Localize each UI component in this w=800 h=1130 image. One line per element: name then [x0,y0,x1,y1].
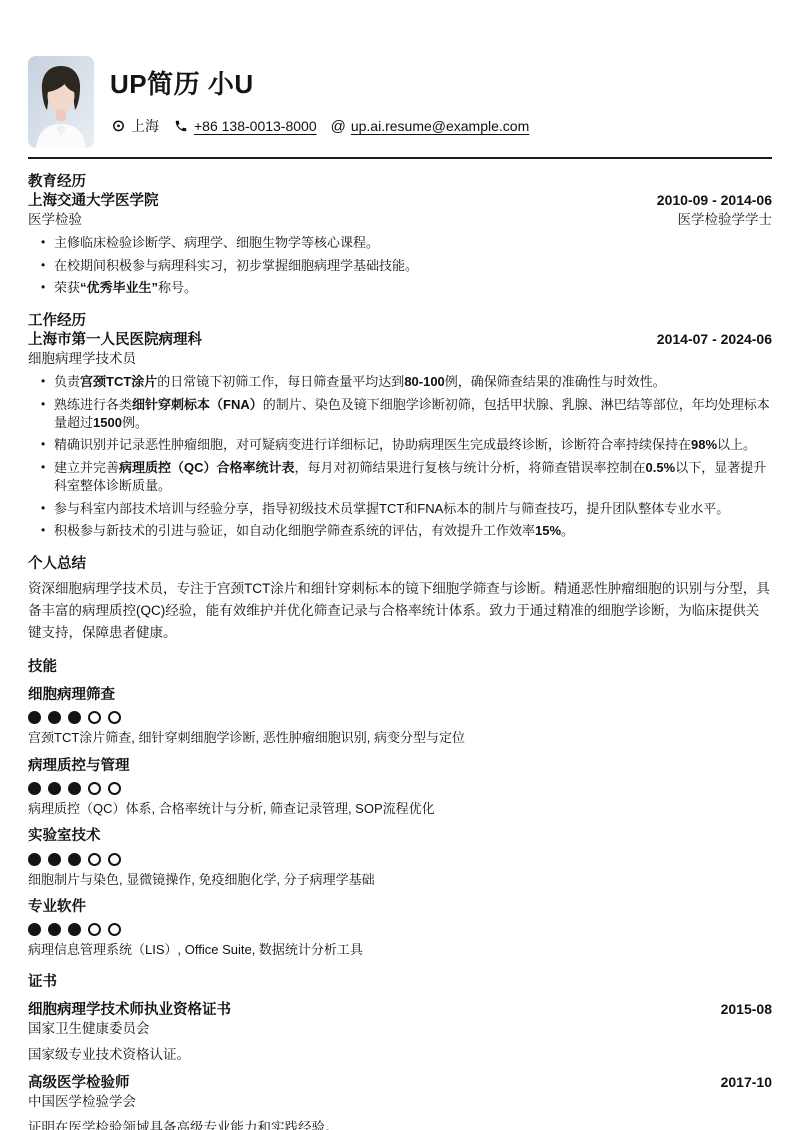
bullet-text: 负责宫颈TCT涂片的日常镜下初筛工作，每日筛查量平均达到80-100例，确保筛查… [54,373,772,391]
text-segment: 以上。 [717,437,756,452]
skill-level-dots [28,923,772,936]
skill-name: 专业软件 [28,898,772,916]
experience-entry: 上海交通大学医学院2010-09 - 2014-06医学检验医学检验学学士•主修… [28,192,772,297]
bullet-text: 积极参与新技术的引进与验证，如自动化细胞学筛查系统的评估，有效提升工作效率15%… [54,522,772,540]
text-segment: 积极参与新技术的引进与验证，如自动化细胞学筛查系统的评估，有效提升工作效率 [54,523,535,538]
contact-row: 上海 +86 138-0013-8000 @ up.ai.resume@exam… [110,116,543,136]
profile-photo [28,56,94,148]
bullet-item: •熟练进行各类细针穿刺标本（FNA）的制片、染色及镜下细胞学诊断初筛，包括甲状腺… [28,396,772,433]
level-dot-filled-icon [48,711,61,724]
emphasis-text: 15% [535,523,561,538]
certificate-name: 高级医学检验师 [28,1075,130,1093]
bullet-marker: • [41,279,54,297]
level-dot-empty-icon [108,923,121,936]
text-segment: 建立并完善 [54,460,119,475]
emphasis-text: 0.5% [646,460,676,475]
text-segment: 主修临床检验诊断学、病理学、细胞生物学等核心课程。 [54,235,379,250]
section-title-education: 教育经历 [28,174,772,191]
level-dot-empty-icon [88,711,101,724]
date-range: 2010-09 - 2014-06 [657,192,772,209]
level-dot-filled-icon [48,923,61,936]
email-item: @ up.ai.resume@example.com [331,118,530,135]
certificate-date: 2015-08 [721,1001,772,1018]
bullet-marker: • [41,396,54,433]
section-skills: 技能 细胞病理筛查宫颈TCT涂片筛查, 细针穿刺细胞学诊断, 恶性肿瘤细胞识别,… [28,659,772,959]
location-text: 上海 [131,116,159,136]
level-dot-filled-icon [68,923,81,936]
level-dot-filled-icon [28,711,41,724]
resume-page: UP简历 小U 上海 +86 138-0 [0,0,800,1130]
bullet-item: •参与科室内部技术培训与经验分享，指导初级技术员掌握TCT和FNA标本的制片与筛… [28,500,772,518]
level-dot-filled-icon [68,782,81,795]
bullet-item: •建立并完善病理质控（QC）合格率统计表，每月对初筛结果进行复核与统计分析，将筛… [28,459,772,496]
date-range: 2014-07 - 2024-06 [657,331,772,348]
skill-level-dots [28,782,772,795]
resume-header: UP简历 小U 上海 +86 138-0 [28,56,772,148]
text-segment: 。 [561,523,574,538]
certificate-issuer: 中国医学检验学会 [28,1093,772,1111]
organization-name: 上海市第一人民医院病理科 [28,332,202,350]
skill-item: 病理质控与管理病理质控（QC）体系, 合格率统计与分析, 筛查记录管理, SOP… [28,757,772,818]
level-dot-empty-icon [88,782,101,795]
bullet-marker: • [41,500,54,518]
bullet-marker: • [41,459,54,496]
header-divider [28,157,772,159]
section-title-work: 工作经历 [28,313,772,330]
certificate-heading-row: 高级医学检验师2017-10 [28,1074,772,1093]
skill-description: 细胞制片与染色, 显微镜操作, 免疫细胞化学, 分子病理学基础 [28,871,772,889]
organization-name: 上海交通大学医学院 [28,193,159,211]
emphasis-text: 细针穿刺标本（FNA） [132,397,263,412]
certificate-item: 细胞病理学技术师执业资格证书2015-08国家卫生健康委员会国家级专业技术资格认… [28,1001,772,1064]
header-text-block: UP简历 小U 上海 +86 138-0 [110,56,543,136]
text-segment: 例，确保筛查结果的准确性与时效性。 [445,374,666,389]
text-segment: 参与科室内部技术培训与经验分享，指导初级技术员掌握TCT和FNA标本的制片与筛查… [54,501,729,516]
emphasis-text: 病理质控（QC）合格率统计表 [119,460,295,475]
degree-name: 医学检验学学士 [678,211,773,228]
bullet-item: •荣获“优秀毕业生”称号。 [28,279,772,297]
skill-item: 专业软件病理信息管理系统（LIS）, Office Suite, 数据统计分析工… [28,898,772,959]
bullet-list: •主修临床检验诊断学、病理学、细胞生物学等核心课程。•在校期间积极参与病理科实习… [28,234,772,297]
level-dot-filled-icon [48,853,61,866]
text-segment: 在校期间积极参与病理科实习，初步掌握细胞病理学基础技能。 [54,258,418,273]
bullet-marker: • [41,436,54,454]
skills-items: 细胞病理筛查宫颈TCT涂片筛查, 细针穿刺细胞学诊断, 恶性肿瘤细胞识别, 病变… [28,686,772,959]
text-segment: 荣获 [54,280,80,295]
phone-link[interactable]: +86 138-0013-8000 [194,118,317,134]
certificate-name: 细胞病理学技术师执业资格证书 [28,1002,231,1020]
emphasis-text: 98% [691,437,717,452]
map-pin-icon [110,118,126,134]
phone-icon [173,118,189,134]
emphasis-text: 宫颈TCT涂片 [80,374,157,389]
bullet-text: 荣获“优秀毕业生”称号。 [54,279,772,297]
level-dot-filled-icon [68,711,81,724]
bullet-text: 在校期间积极参与病理科实习，初步掌握细胞病理学基础技能。 [54,257,772,275]
entry-sub-row: 医学检验医学检验学学士 [28,211,772,228]
text-segment: 精确识别并记录恶性肿瘤细胞，对可疑病变进行详细标记，协助病理医生完成最终诊断，诊… [54,437,691,452]
certificate-item: 高级医学检验师2017-10中国医学检验学会证明在医学检验领域具备高级专业能力和… [28,1074,772,1130]
bullet-list: •负责宫颈TCT涂片的日常镜下初筛工作，每日筛查量平均达到80-100例，确保筛… [28,373,772,541]
bullet-marker: • [41,234,54,252]
certificate-description: 证明在医学检验领域具备高级专业能力和实践经验。 [28,1119,772,1130]
skill-level-dots [28,853,772,866]
level-dot-empty-icon [108,853,121,866]
certificate-heading-row: 细胞病理学技术师执业资格证书2015-08 [28,1001,772,1020]
email-link[interactable]: up.ai.resume@example.com [351,118,529,134]
bullet-text: 参与科室内部技术培训与经验分享，指导初级技术员掌握TCT和FNA标本的制片与筛查… [54,500,772,518]
experience-entry: 上海市第一人民医院病理科2014-07 - 2024-06细胞病理学技术员•负责… [28,331,772,541]
work-entries: 上海市第一人民医院病理科2014-07 - 2024-06细胞病理学技术员•负责… [28,331,772,541]
bullet-marker: • [41,373,54,391]
summary-text: 资深细胞病理学技术员，专注于宫颈TCT涂片和细针穿刺标本的镜下细胞学筛查与诊断。… [28,578,772,644]
education-entries: 上海交通大学医学院2010-09 - 2014-06医学检验医学检验学学士•主修… [28,192,772,297]
bullet-item: •主修临床检验诊断学、病理学、细胞生物学等核心课程。 [28,234,772,252]
entry-sub-row: 细胞病理学技术员 [28,350,772,367]
section-title-skills: 技能 [28,659,772,676]
section-title-certs: 证书 [28,974,772,991]
skill-name: 病理质控与管理 [28,757,772,775]
skill-description: 病理质控（QC）体系, 合格率统计与分析, 筛查记录管理, SOP流程优化 [28,800,772,818]
text-segment: 称号。 [158,280,197,295]
entry-heading-row: 上海交通大学医学院2010-09 - 2014-06 [28,192,772,211]
skill-item: 细胞病理筛查宫颈TCT涂片筛查, 细针穿刺细胞学诊断, 恶性肿瘤细胞识别, 病变… [28,686,772,747]
section-title-summary: 个人总结 [28,556,772,573]
text-segment: 例。 [122,415,148,430]
bullet-item: •精确识别并记录恶性肿瘤细胞，对可疑病变进行详细标记，协助病理医生完成最终诊断，… [28,436,772,454]
bullet-item: •负责宫颈TCT涂片的日常镜下初筛工作，每日筛查量平均达到80-100例，确保筛… [28,373,772,391]
bullet-item: •在校期间积极参与病理科实习，初步掌握细胞病理学基础技能。 [28,257,772,275]
skill-description: 病理信息管理系统（LIS）, Office Suite, 数据统计分析工具 [28,941,772,959]
location-item: 上海 [110,116,159,136]
section-summary: 个人总结 资深细胞病理学技术员，专注于宫颈TCT涂片和细针穿刺标本的镜下细胞学筛… [28,556,772,644]
level-dot-empty-icon [108,782,121,795]
level-dot-empty-icon [108,711,121,724]
bullet-text: 主修临床检验诊断学、病理学、细胞生物学等核心课程。 [54,234,772,252]
emphasis-text: 1500 [93,415,122,430]
profile-photo-illustration [28,56,94,148]
emphasis-text: 80-100 [404,374,444,389]
skill-name: 细胞病理筛查 [28,686,772,704]
level-dot-filled-icon [68,853,81,866]
bullet-marker: • [41,257,54,275]
level-dot-filled-icon [48,782,61,795]
level-dot-empty-icon [88,923,101,936]
certs-items: 细胞病理学技术师执业资格证书2015-08国家卫生健康委员会国家级专业技术资格认… [28,1001,772,1130]
text-segment: 的日常镜下初筛工作，每日筛查量平均达到 [157,374,404,389]
skill-item: 实验室技术细胞制片与染色, 显微镜操作, 免疫细胞化学, 分子病理学基础 [28,827,772,888]
role-name: 细胞病理学技术员 [28,350,136,367]
level-dot-filled-icon [28,923,41,936]
skill-level-dots [28,711,772,724]
section-certs: 证书 细胞病理学技术师执业资格证书2015-08国家卫生健康委员会国家级专业技术… [28,974,772,1130]
certificate-issuer: 国家卫生健康委员会 [28,1020,772,1038]
bullet-text: 精确识别并记录恶性肿瘤细胞，对可疑病变进行详细标记，协助病理医生完成最终诊断，诊… [54,436,772,454]
bullet-text: 熟练进行各类细针穿刺标本（FNA）的制片、染色及镜下细胞学诊断初筛，包括甲状腺、… [54,396,772,433]
role-name: 医学检验 [28,211,82,228]
level-dot-filled-icon [28,853,41,866]
section-work: 工作经历 上海市第一人民医院病理科2014-07 - 2024-06细胞病理学技… [28,313,772,541]
text-segment: 负责 [54,374,80,389]
certificate-description: 国家级专业技术资格认证。 [28,1046,772,1064]
phone-item: +86 138-0013-8000 [173,118,317,134]
text-segment: ，每月对初筛结果进行复核与统计分析，将筛查错误率控制在 [295,460,646,475]
section-education: 教育经历 上海交通大学医学院2010-09 - 2014-06医学检验医学检验学… [28,174,772,298]
emphasis-text: “优秀毕业生” [80,280,158,295]
certificate-date: 2017-10 [721,1074,772,1091]
text-segment: 熟练进行各类 [54,397,132,412]
bullet-item: •积极参与新技术的引进与验证，如自动化细胞学筛查系统的评估，有效提升工作效率15… [28,522,772,540]
level-dot-empty-icon [88,853,101,866]
bullet-text: 建立并完善病理质控（QC）合格率统计表，每月对初筛结果进行复核与统计分析，将筛查… [54,459,772,496]
at-icon: @ [331,118,346,135]
bullet-marker: • [41,522,54,540]
skill-name: 实验室技术 [28,827,772,845]
entry-heading-row: 上海市第一人民医院病理科2014-07 - 2024-06 [28,331,772,350]
skill-description: 宫颈TCT涂片筛查, 细针穿刺细胞学诊断, 恶性肿瘤细胞识别, 病变分型与定位 [28,729,772,747]
candidate-name: UP简历 小U [110,64,543,101]
level-dot-filled-icon [28,782,41,795]
